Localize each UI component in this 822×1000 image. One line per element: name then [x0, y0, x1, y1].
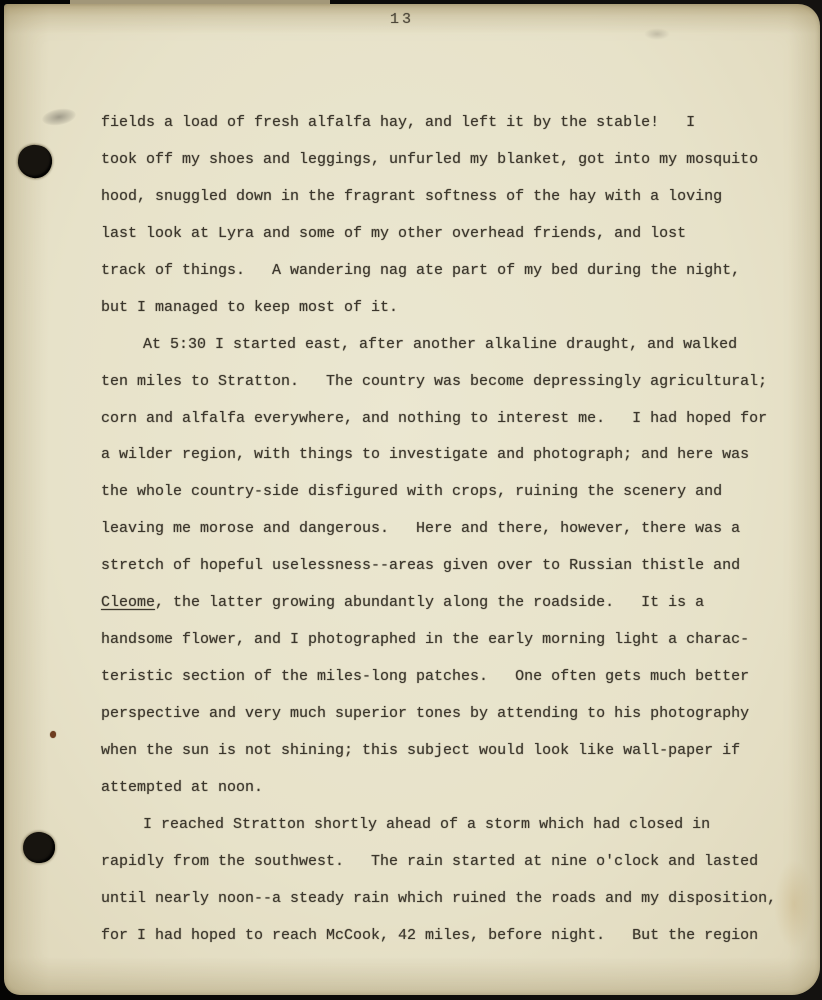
typed-text-segment: I reached Stratton shortly ahead of a st… [143, 816, 710, 833]
typed-line: I reached Stratton shortly ahead of a st… [101, 807, 801, 844]
typed-text-segment: perspective and very much superior tones… [101, 705, 749, 722]
typed-text-body: fields a load of fresh alfalfa hay, and … [101, 105, 801, 955]
typed-text-segment: corn and alfalfa everywhere, and nothing… [101, 410, 767, 427]
typed-line: stretch of hopeful uselessness--areas gi… [101, 548, 801, 585]
typed-line: ten miles to Stratton. The country was b… [101, 364, 801, 401]
typed-line: a wilder region, with things to investig… [101, 437, 801, 474]
typed-line: hood, snuggled down in the fragrant soft… [101, 179, 801, 216]
typed-text-segment: for I had hoped to reach McCook, 42 mile… [101, 927, 758, 944]
typed-line: the whole country-side disfigured with c… [101, 474, 801, 511]
typed-line: At 5:30 I started east, after another al… [101, 327, 801, 364]
typed-text-segment: rapidly from the southwest. The rain sta… [101, 853, 758, 870]
typed-text-segment: leaving me morose and dangerous. Here an… [101, 520, 740, 537]
typed-line: perspective and very much superior tones… [101, 696, 801, 733]
typed-text-segment: teristic section of the miles-long patch… [101, 668, 749, 685]
typed-text-segment: last look at Lyra and some of my other o… [101, 225, 686, 242]
typed-line: corn and alfalfa everywhere, and nothing… [101, 401, 801, 438]
typed-text-segment: when the sun is not shining; this subjec… [101, 742, 740, 759]
typed-line: until nearly noon--a steady rain which r… [101, 881, 801, 918]
typed-text-segment: but I managed to keep most of it. [101, 299, 398, 316]
typed-text-segment: , the latter growing abundantly along th… [155, 594, 704, 611]
scan-background: 13 fields a load of fresh alfalfa hay, a… [0, 0, 822, 1000]
typed-line: leaving me morose and dangerous. Here an… [101, 511, 801, 548]
typed-line: track of things. A wandering nag ate par… [101, 253, 801, 290]
typed-line: took off my shoes and leggings, unfurled… [101, 142, 801, 179]
typed-line: attempted at noon. [101, 770, 801, 807]
typed-line: teristic section of the miles-long patch… [101, 659, 801, 696]
typed-text-segment: took off my shoes and leggings, unfurled… [101, 151, 758, 168]
underlined-word: Cleome [101, 594, 155, 611]
typed-line: last look at Lyra and some of my other o… [101, 216, 801, 253]
typed-text-segment: attempted at noon. [101, 779, 263, 796]
typed-line: handsome flower, and I photographed in t… [101, 622, 801, 659]
typed-line: for I had hoped to reach McCook, 42 mile… [101, 918, 801, 955]
typed-line: rapidly from the southwest. The rain sta… [101, 844, 801, 881]
typed-line: but I managed to keep most of it. [101, 290, 801, 327]
ink-speck [50, 731, 56, 738]
typed-text-segment: a wilder region, with things to investig… [101, 446, 749, 463]
hole-punch-top [16, 143, 54, 180]
typed-line: Cleome, the latter growing abundantly al… [101, 585, 801, 622]
typed-text-segment: At 5:30 I started east, after another al… [143, 336, 737, 353]
typed-text-segment: handsome flower, and I photographed in t… [101, 631, 749, 648]
typed-text-segment: fields a load of fresh alfalfa hay, and … [101, 114, 695, 131]
faint-smudge [644, 28, 670, 40]
typed-text-segment: stretch of hopeful uselessness--areas gi… [101, 557, 740, 574]
typed-text-segment: until nearly noon--a steady rain which r… [101, 890, 776, 907]
typed-text-segment: the whole country-side disfigured with c… [101, 483, 722, 500]
typed-line: when the sun is not shining; this subjec… [101, 733, 801, 770]
typed-text-segment: hood, snuggled down in the fragrant soft… [101, 188, 722, 205]
manuscript-page: 13 fields a load of fresh alfalfa hay, a… [4, 4, 820, 995]
typed-line: fields a load of fresh alfalfa hay, and … [101, 105, 801, 142]
pencil-smudge [41, 106, 77, 128]
typed-text-segment: track of things. A wandering nag ate par… [101, 262, 740, 279]
typed-text-segment: ten miles to Stratton. The country was b… [101, 373, 767, 390]
hole-punch-bottom [21, 830, 56, 864]
page-number: 13 [390, 11, 414, 28]
